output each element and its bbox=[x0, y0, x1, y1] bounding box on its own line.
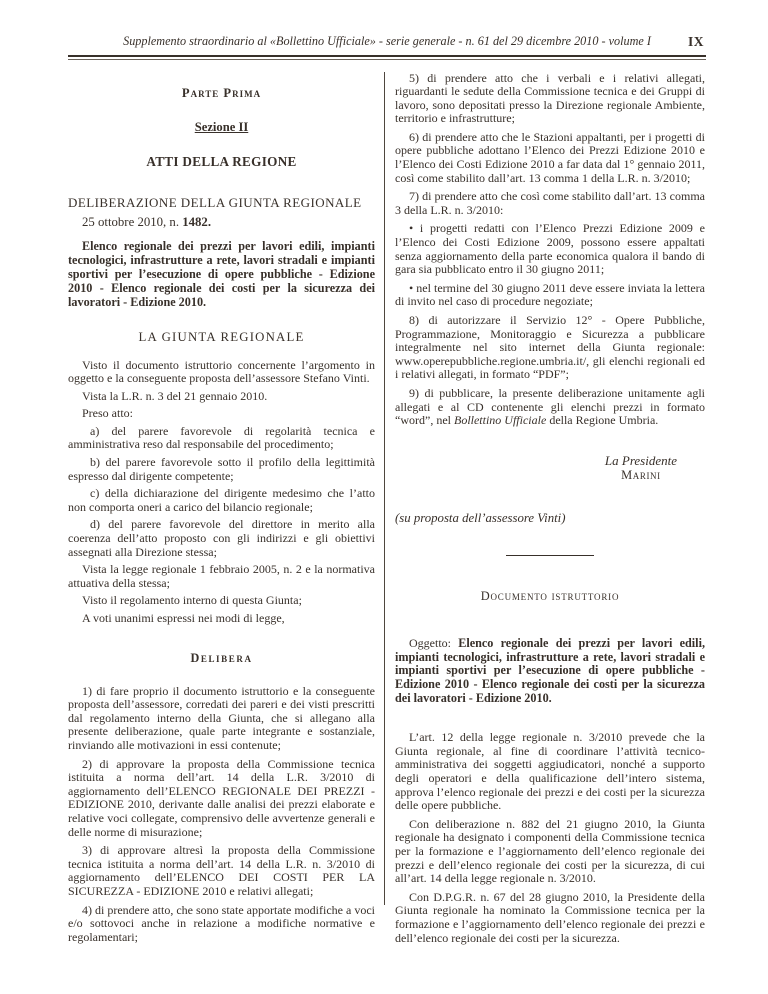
resolution-9-italic: Bollettino Ufficiale bbox=[454, 413, 546, 427]
bullet-item-2: • nel termine del 30 giugno 2011 deve es… bbox=[395, 282, 705, 309]
paragraph-voti: A voti unanimi espressi nei modi di legg… bbox=[68, 612, 375, 626]
right-column: 5) di prendere atto che i verbali e i re… bbox=[395, 72, 705, 946]
header-rule-thin bbox=[68, 59, 706, 60]
bullet-item-1: • i progetti redatti con l’Elenco Prezzi… bbox=[395, 222, 705, 276]
part-label: Parte Prima bbox=[68, 86, 375, 101]
act-number: 1482. bbox=[182, 215, 211, 229]
resolution-item-4: 4) di prendere atto, che sono state appo… bbox=[68, 904, 375, 945]
paragraph-vista-lr: Vista la L.R. n. 3 del 21 gennaio 2010. bbox=[68, 390, 375, 404]
signature-inner: La Presidente Marini bbox=[605, 454, 677, 483]
signature-role: La Presidente bbox=[605, 454, 677, 469]
resolution-item-8: 8) di autorizzare il Servizio 12° - Oper… bbox=[395, 314, 705, 382]
resolution-item-3: 3) di approvare altresì la proposta dell… bbox=[68, 844, 375, 898]
column-gap-left bbox=[375, 72, 384, 946]
subject-paragraph: Oggetto: Elenco regionale dei prezzi per… bbox=[395, 637, 705, 705]
closing-paragraph-2: Con deliberazione n. 882 del 21 giugno 2… bbox=[395, 818, 705, 886]
resolution-item-7: 7) di prendere atto che così come stabil… bbox=[395, 190, 705, 217]
proposal-note: (su proposta dell’assessore Vinti) bbox=[395, 511, 705, 526]
section-heading: ATTI DELLA REGIONE bbox=[68, 154, 375, 170]
separator-rule bbox=[506, 555, 594, 556]
page-content: Supplemento straordinario al «Bollettino… bbox=[0, 0, 768, 945]
two-column-body: Parte Prima Sezione II ATTI DELLA REGION… bbox=[68, 72, 706, 946]
signature-block: La Presidente Marini bbox=[395, 454, 677, 485]
list-item-b: b) del parere favorevole sotto il profil… bbox=[68, 456, 375, 483]
resolution-item-6: 6) di prendere atto che le Stazioni appa… bbox=[395, 131, 705, 185]
paragraph-visto-regolamento: Visto il regolamento interno di questa G… bbox=[68, 594, 375, 608]
list-item-d: d) del parere favorevole del direttore i… bbox=[68, 518, 375, 559]
header-rule-thick bbox=[68, 55, 706, 57]
body-heading: LA GIUNTA REGIONALE bbox=[68, 330, 375, 345]
paragraph-preso-atto: Preso atto: bbox=[68, 407, 375, 421]
resolution-9-post: della Regione Umbria. bbox=[546, 413, 658, 427]
list-item-a: a) del parere favorevole di regolarità t… bbox=[68, 425, 375, 452]
resolution-item-9: 9) di pubblicare, la presente deliberazi… bbox=[395, 387, 705, 428]
signature-name: Marini bbox=[605, 468, 677, 483]
paragraph-visto-documento: Visto il documento istruttorio concernen… bbox=[68, 359, 375, 386]
subject-prefix: Oggetto: bbox=[409, 636, 458, 650]
act-date-line: 25 ottobre 2010, n. 1482. bbox=[68, 215, 375, 230]
closing-paragraph-1: L’art. 12 della legge regionale n. 3/201… bbox=[395, 731, 705, 813]
act-abstract: Elenco regionale dei prezzi per lavori e… bbox=[68, 239, 375, 310]
gazette-page: Supplemento straordinario al «Bollettino… bbox=[0, 0, 768, 994]
delibera-heading: Delibera bbox=[68, 651, 375, 666]
act-title: DELIBERAZIONE DELLA GIUNTA REGIONALE bbox=[68, 195, 375, 211]
documento-istruttorio-heading: Documento istruttorio bbox=[395, 589, 705, 604]
resolution-item-2: 2) di approvare la proposta della Commis… bbox=[68, 758, 375, 840]
header-journal-line: Supplemento straordinario al «Bollettino… bbox=[123, 34, 651, 48]
running-header: Supplemento straordinario al «Bollettino… bbox=[68, 34, 706, 51]
left-column: Parte Prima Sezione II ATTI DELLA REGION… bbox=[68, 72, 375, 946]
header-page-number: IX bbox=[688, 34, 704, 50]
resolution-item-5: 5) di prendere atto che i verbali e i re… bbox=[395, 72, 705, 126]
resolution-item-1: 1) di fare proprio il documento istrutto… bbox=[68, 685, 375, 753]
list-item-c: c) della dichiarazione del dirigente med… bbox=[68, 487, 375, 514]
column-gap-right bbox=[385, 72, 395, 946]
section-label: Sezione II bbox=[68, 120, 375, 135]
closing-paragraph-3: Con D.P.G.R. n. 67 del 28 giugno 2010, l… bbox=[395, 891, 705, 945]
paragraph-vista-legge: Vista la legge regionale 1 febbraio 2005… bbox=[68, 563, 375, 590]
act-date-prefix: 25 ottobre 2010, n. bbox=[82, 215, 182, 229]
